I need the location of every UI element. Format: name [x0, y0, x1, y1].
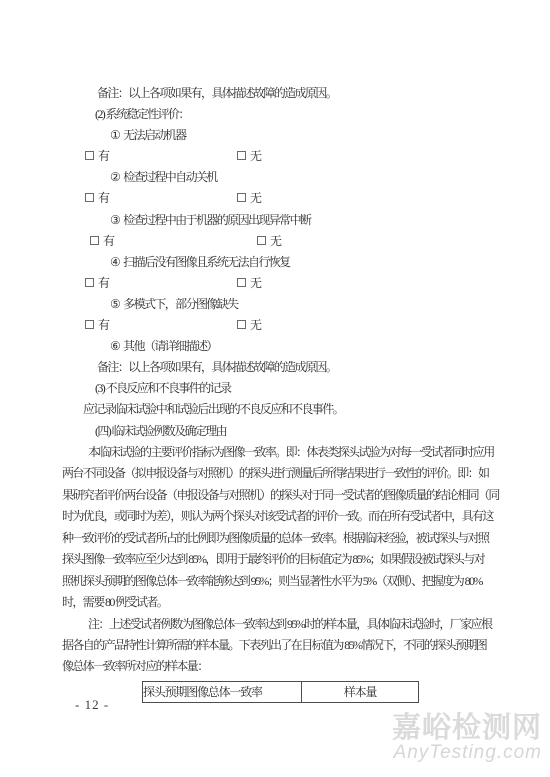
checkbox-row-4: 有 无 — [62, 273, 492, 294]
item-label: 检查过程中自动关机 — [123, 170, 217, 184]
note-line: 据各自的产品特性计算所需的样本量。下表列出了在目标值为 85%情况下，不同的探头… — [62, 635, 492, 656]
item-number: ⑥ — [110, 339, 119, 353]
item-number: ③ — [110, 213, 119, 227]
no-label: 无 — [250, 318, 260, 332]
no-label: 无 — [250, 191, 260, 205]
yes-label: 有 — [98, 276, 108, 290]
watermark-cn-text: 嘉峪检测网 — [392, 711, 542, 745]
checkbox-icon — [237, 320, 246, 329]
item-label: 扫描后没有图像且系统无法自行恢复 — [123, 255, 289, 269]
yes-label: 有 — [98, 149, 108, 163]
yes-label: 有 — [98, 318, 108, 332]
remark-line-bottom: 备注：以上各项如果有，具体描述故障的造成原因。 — [62, 357, 492, 378]
note-line: 像总体一致率所对应的样本量： — [62, 656, 492, 677]
paragraph-sample-size: 本临床试验的主要评价指标为图像一致率。即：体表类探头试验为对每一受试者同时应用 … — [62, 442, 492, 614]
yes-option: 有 — [90, 234, 113, 248]
yes-option: 有 — [85, 191, 108, 205]
paragraph-line: 种一致评价的受试者所占的比例即为图像质量的总体一致率。根据临床经验，被试探头与对… — [62, 528, 492, 550]
item-number: ① — [110, 128, 119, 142]
checkbox-icon — [257, 236, 266, 245]
checkbox-icon — [85, 151, 94, 160]
section4-heading: (四) 临床试验例数及确定理由 — [62, 421, 492, 442]
item-number: ⑤ — [110, 297, 119, 311]
table-header-consistency-rate: 探头预期图像总体一致率 — [143, 681, 302, 702]
paragraph-line: 时，需要 80 例受试者。 — [62, 592, 492, 614]
item-line-3: ③检查过程中由于机器的原因出现异常中断 — [62, 210, 492, 231]
item-line-4: ④扫描后没有图像且系统无法自行恢复 — [62, 252, 492, 273]
yes-option: 有 — [85, 276, 108, 290]
table-header-sample-size: 样本量 — [302, 681, 419, 702]
paragraph-line: 时为优良，或同时为差），则认为两个探头对该受试者的评价一致。而在所有受试者中，具… — [62, 506, 492, 528]
yes-option: 有 — [85, 149, 108, 163]
item-line-2: ②检查过程中自动关机 — [62, 167, 492, 188]
no-label: 无 — [250, 276, 260, 290]
checkbox-icon — [237, 278, 246, 287]
item-number: ④ — [110, 255, 119, 269]
item-line-5: ⑤多模式下，部分图像缺失 — [62, 294, 492, 315]
checkbox-row-1: 有 无 — [62, 146, 492, 167]
watermark: 嘉峪检测网 AnyTesting.com — [392, 711, 542, 763]
item-label: 多模式下，部分图像缺失 — [123, 297, 237, 311]
item-line-6: ⑥其他（请详细描述） — [62, 336, 492, 357]
no-option: 无 — [237, 273, 260, 294]
checkbox-icon — [237, 151, 246, 160]
paragraph-note: 注：上述受试者例数为图像总体一致率达到 95%时的样本量，具体临床试验时，厂家应… — [62, 614, 492, 677]
yes-label: 有 — [98, 191, 108, 205]
section3-heading: (3) 不良反应和不良事件的记录 — [62, 378, 492, 399]
no-option: 无 — [237, 188, 260, 209]
section2-heading: (2) 系统稳定性评价： — [62, 104, 492, 125]
sample-size-table: 探头预期图像总体一致率 样本量 — [142, 681, 419, 703]
no-label: 无 — [250, 149, 260, 163]
yes-label: 有 — [103, 234, 113, 248]
paragraph-line: 探头图像一致率应至少达到 85%，即用于最终评价的目标值定为 85%；如果假设被… — [62, 549, 492, 571]
checkbox-row-5: 有 无 — [62, 315, 492, 336]
checkbox-icon — [85, 320, 94, 329]
document-page: 备注：以上各项如果有，具体描述故障的造成原因。 (2) 系统稳定性评价： ①无法… — [0, 0, 550, 777]
checkbox-icon — [85, 193, 94, 202]
paragraph-line: 照机探头预期的图像总体一致率能够达到 95%；则当显著性水平为 5%（双侧）、把… — [62, 571, 492, 593]
paragraph-line: 两台不同设备（拟申报设备与对照机）的探头进行测量后所得结果进行一致性的评价。即：… — [62, 463, 492, 485]
page-number: - 12 - — [75, 697, 109, 713]
note-line: 注：上述受试者例数为图像总体一致率达到 95%时的样本量，具体临床试验时，厂家应… — [62, 614, 492, 635]
item-label: 无法启动机器 — [123, 128, 185, 142]
no-option: 无 — [257, 231, 280, 252]
checkbox-row-2: 有 无 — [62, 188, 492, 209]
section3-body: 应记录临床试验中和试验后出现的不良反应和不良事件。 — [62, 399, 492, 420]
yes-option: 有 — [85, 318, 108, 332]
watermark-en-text: AnyTesting.com — [392, 743, 542, 763]
document-content: 备注：以上各项如果有，具体描述故障的造成原因。 (2) 系统稳定性评价： ①无法… — [62, 83, 492, 703]
item-label: 其他（请详细描述） — [123, 339, 217, 353]
table-header-row: 探头预期图像总体一致率 样本量 — [143, 681, 419, 702]
checkbox-icon — [237, 193, 246, 202]
paragraph-line: 本临床试验的主要评价指标为图像一致率。即：体表类探头试验为对每一受试者同时应用 — [62, 442, 492, 464]
item-number: ② — [110, 170, 119, 184]
checkbox-row-3: 有 无 — [62, 231, 492, 252]
no-label: 无 — [270, 234, 280, 248]
checkbox-icon — [85, 278, 94, 287]
paragraph-line: 果研究者评价两台设备（申报设备与对照机）的探头对于同一受试者的图像质量的结论相同… — [62, 485, 492, 507]
item-line-1: ①无法启动机器 — [62, 125, 492, 146]
checkbox-icon — [90, 236, 99, 245]
item-label: 检查过程中由于机器的原因出现异常中断 — [123, 213, 310, 227]
no-option: 无 — [237, 315, 260, 336]
no-option: 无 — [237, 146, 260, 167]
remark-line-top: 备注：以上各项如果有，具体描述故障的造成原因。 — [62, 83, 492, 104]
